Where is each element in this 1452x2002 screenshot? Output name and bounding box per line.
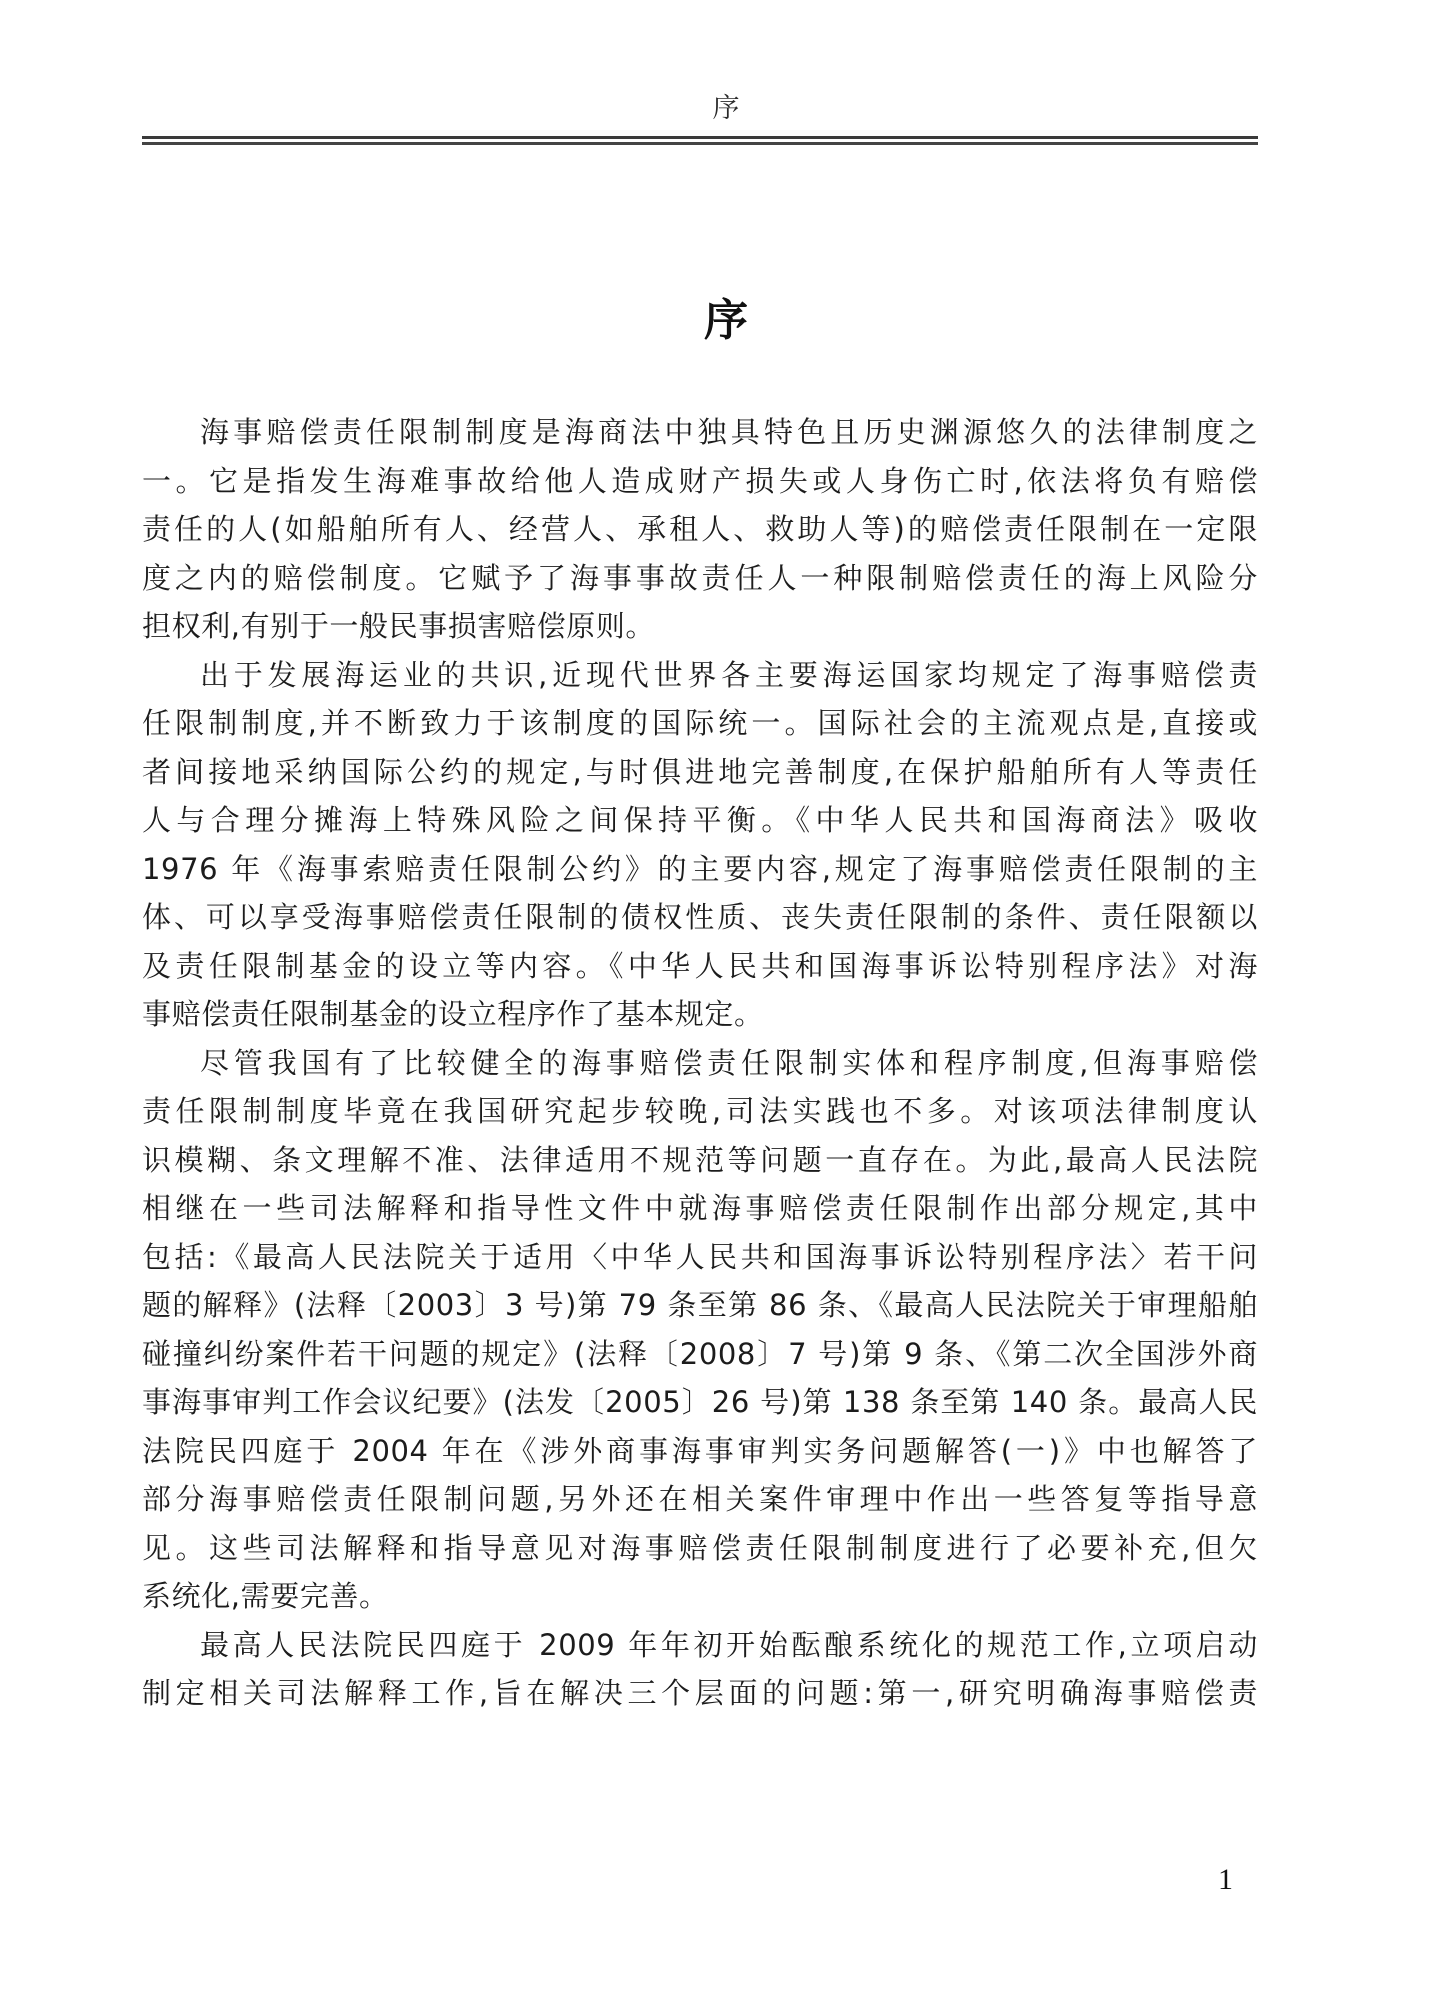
text-line: 事海事审判工作会议纪要》(法发〔2005〕26 号)第 138 条至第 140 … [142,1378,1258,1427]
text-line: 部分海事赔偿责任限制问题,另外还在相关案件审理中作出一些答复等指导意 [142,1475,1258,1524]
page-number: 1 [1218,1860,1233,1900]
text-line: 1976 年《海事索赔责任限制公约》的主要内容,规定了海事赔偿责任限制的主 [142,845,1258,894]
text-line: 出于发展海运业的共识,近现代世界各主要海运国家均规定了海事赔偿责 [142,651,1258,700]
text-line: 包括:《最高人民法院关于适用〈中华人民共和国海事诉讼特别程序法〉若干问 [142,1233,1258,1282]
text-line: 担权利,有别于一般民事损害赔偿原则。 [142,602,1258,651]
text-line: 识模糊、条文理解不准、法律适用不规范等问题一直存在。为此,最高人民法院 [142,1136,1258,1185]
text-line: 度之内的赔偿制度。它赋予了海事事故责任人一种限制赔偿责任的海上风险分 [142,554,1258,603]
paragraph-1: 海事赔偿责任限制制度是海商法中独具特色且历史渊源悠久的法律制度之 一。它是指发生… [142,408,1258,651]
running-head: 序 [0,92,1452,126]
paragraph-4: 最高人民法院民四庭于 2009 年年初开始酝酿系统化的规范工作,立项启动 制定相… [142,1621,1258,1718]
text-line: 系统化,需要完善。 [142,1572,1258,1621]
text-line: 体、可以享受海事赔偿责任限制的债权性质、丧失责任限制的条件、责任限额以 [142,893,1258,942]
text-line: 法院民四庭于 2004 年在《涉外商事海事审判实务问题解答(一)》中也解答了 [142,1427,1258,1476]
text-line: 碰撞纠纷案件若干问题的规定》(法释〔2008〕7 号)第 9 条、《第二次全国涉… [142,1330,1258,1379]
header-rule-bottom [142,142,1258,145]
text-line: 海事赔偿责任限制制度是海商法中独具特色且历史渊源悠久的法律制度之 [142,408,1258,457]
text-line: 相继在一些司法解释和指导性文件中就海事赔偿责任限制作出部分规定,其中 [142,1184,1258,1233]
text-line: 尽管我国有了比较健全的海事赔偿责任限制实体和程序制度,但海事赔偿 [142,1039,1258,1088]
text-line: 及责任限制基金的设立等内容。《中华人民共和国海事诉讼特别程序法》对海 [142,942,1258,991]
paragraph-2: 出于发展海运业的共识,近现代世界各主要海运国家均规定了海事赔偿责 任限制制度,并… [142,651,1258,1039]
text-line: 一。它是指发生海难事故给他人造成财产损失或人身伤亡时,依法将负有赔偿 [142,457,1258,506]
text-line: 最高人民法院民四庭于 2009 年年初开始酝酿系统化的规范工作,立项启动 [142,1621,1258,1670]
text-line: 题的解释》(法释〔2003〕3 号)第 79 条至第 86 条、《最高人民法院关… [142,1281,1258,1330]
text-line: 者间接地采纳国际公约的规定,与时俱进地完善制度,在保护船舶所有人等责任 [142,748,1258,797]
text-line: 人与合理分摊海上特殊风险之间保持平衡。《中华人民共和国海商法》吸收 [142,796,1258,845]
body-text: 海事赔偿责任限制制度是海商法中独具特色且历史渊源悠久的法律制度之 一。它是指发生… [142,408,1258,1718]
text-line: 见。这些司法解释和指导意见对海事赔偿责任限制制度进行了必要补充,但欠 [142,1524,1258,1573]
header-rule-top [142,136,1258,139]
text-line: 责任限制制度毕竟在我国研究起步较晚,司法实践也不多。对该项法律制度认 [142,1087,1258,1136]
paragraph-3: 尽管我国有了比较健全的海事赔偿责任限制实体和程序制度,但海事赔偿 责任限制制度毕… [142,1039,1258,1621]
page-title: 序 [0,293,1452,349]
text-line: 事赔偿责任限制基金的设立程序作了基本规定。 [142,990,1258,1039]
text-line: 责任的人(如船舶所有人、经营人、承租人、救助人等)的赔偿责任限制在一定限 [142,505,1258,554]
text-line: 任限制制度,并不断致力于该制度的国际统一。国际社会的主流观点是,直接或 [142,699,1258,748]
text-line: 制定相关司法解释工作,旨在解决三个层面的问题:第一,研究明确海事赔偿责 [142,1669,1258,1718]
